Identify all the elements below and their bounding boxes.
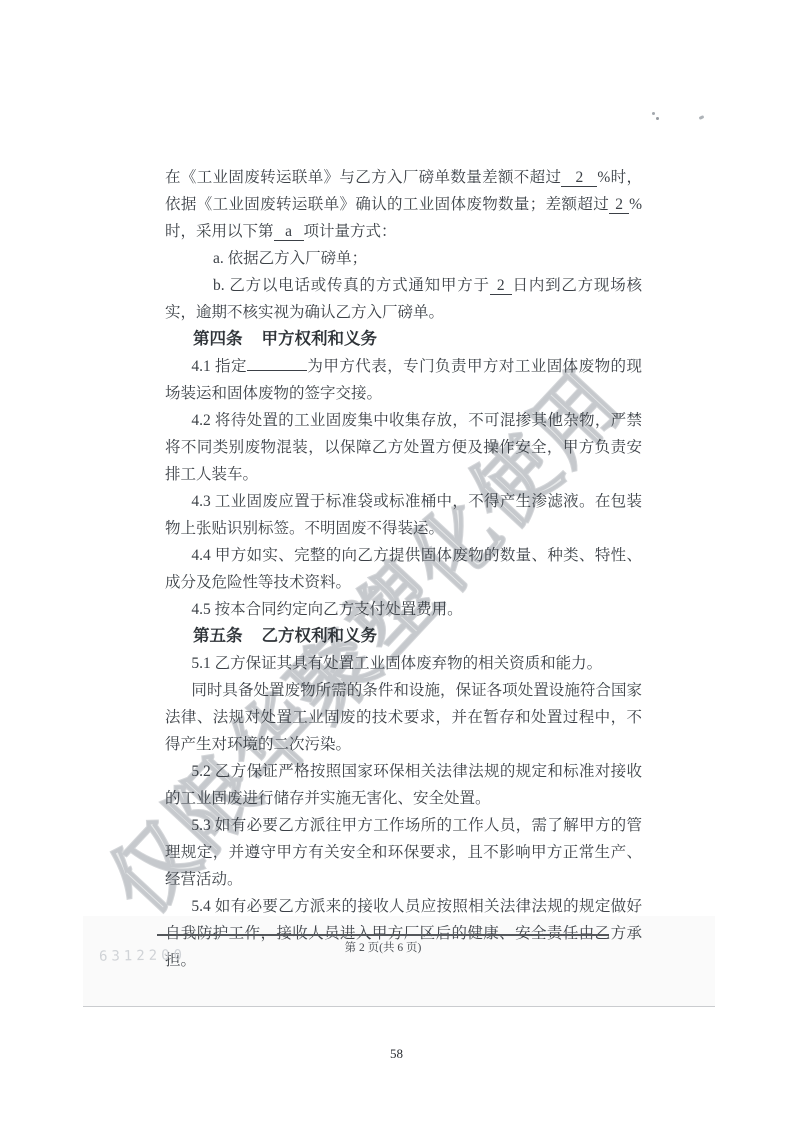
scan-speck-dash [699, 115, 705, 120]
clause-5-2: 5.2 乙方保证严格按照国家环保相关法律法规的规定和标准对接收的工业固废进行储存… [165, 758, 642, 812]
carryover-text-4: 项计量方式： [304, 223, 397, 240]
faint-stamp-digits: 6312200 [99, 947, 186, 965]
scanned-contract-page: 仅限华聚塑化使用 在《工业固废转运联单》与乙方入厂磅单数量差额不超过2%时，依据… [0, 0, 793, 1122]
clause-5-1: 5.1 乙方保证其具有处置工业固体废弃物的相关资质和能力。 [165, 650, 642, 677]
clause-4-1: 4.1 指定为甲方代表，专门负责甲方对工业固体废物的现场装运和固体废物的签字交接… [165, 353, 642, 407]
clause-4-5: 4.5 按本合同约定向乙方支付处置费用。 [165, 596, 642, 623]
clause-4-2: 4.2 将待处置的工业固废集中收集存放，不可混掺其他杂物，严禁将不同类别废物混装… [165, 407, 642, 488]
clause-4-heading: 第四条甲方权利和义务 [165, 326, 642, 353]
carryover-text-1: 在《工业固废转运联单》与乙方入厂磅单数量差额不超过 [165, 169, 561, 186]
scan-speck-dot [652, 112, 655, 115]
fill-in-blank-days: 2 [490, 278, 512, 295]
carryover-paragraph: 在《工业固废转运联单》与乙方入厂磅单数量差额不超过2%时，依据《工业固废转运联单… [165, 164, 642, 245]
clause-4-title: 甲方权利和义务 [262, 330, 378, 348]
clause-5-3: 5.3 如有必要乙方派往甲方工作场所的工作人员，需了解甲方的管理规定，并遵守甲方… [165, 812, 642, 893]
clause-4-number: 第四条 [193, 330, 243, 348]
item-b-text-1: b. 乙方以电话或传真的方式通知甲方于 [213, 277, 490, 294]
clause-5-1-continued: 同时具备处置废物所需的条件和设施，保证各项处置设施符合国家法律、法规对处置工业固… [165, 677, 642, 758]
fill-in-blank-percent-2: 2 [609, 197, 629, 214]
list-item-b: b. 乙方以电话或传真的方式通知甲方于2日内到乙方现场核实，逾期不核实视为确认乙… [165, 272, 642, 326]
document-body: 在《工业固废转运联单》与乙方入厂磅单数量差额不超过2%时，依据《工业固废转运联单… [165, 164, 642, 974]
clause-4-1-text-1: 4.1 指定 [191, 358, 247, 375]
clause-4-3: 4.3 工业固废应置于标准袋或标准桶中，不得产生渗滤液。在包装物上张贴识别标签。… [165, 488, 642, 542]
fill-in-blank-percent-1: 2 [561, 170, 597, 187]
clause-4-4: 4.4 甲方如实、完整的向乙方提供固体废物的数量、种类、特性、成分及危险性等技术… [165, 542, 642, 596]
list-item-a: a. 依据乙方入厂磅单； [165, 245, 642, 272]
outer-page-number: 58 [0, 1046, 793, 1062]
footer-page-label: 第 2 页(共 6 页) [157, 939, 609, 955]
clause-5-heading: 第五条乙方权利和义务 [165, 623, 642, 650]
clause-5-number: 第五条 [193, 627, 243, 645]
clause-5-title: 乙方权利和义务 [262, 627, 378, 645]
fill-in-blank-representative [247, 370, 307, 371]
fill-in-blank-option: a [274, 224, 304, 241]
footer-divider-line [157, 934, 609, 936]
